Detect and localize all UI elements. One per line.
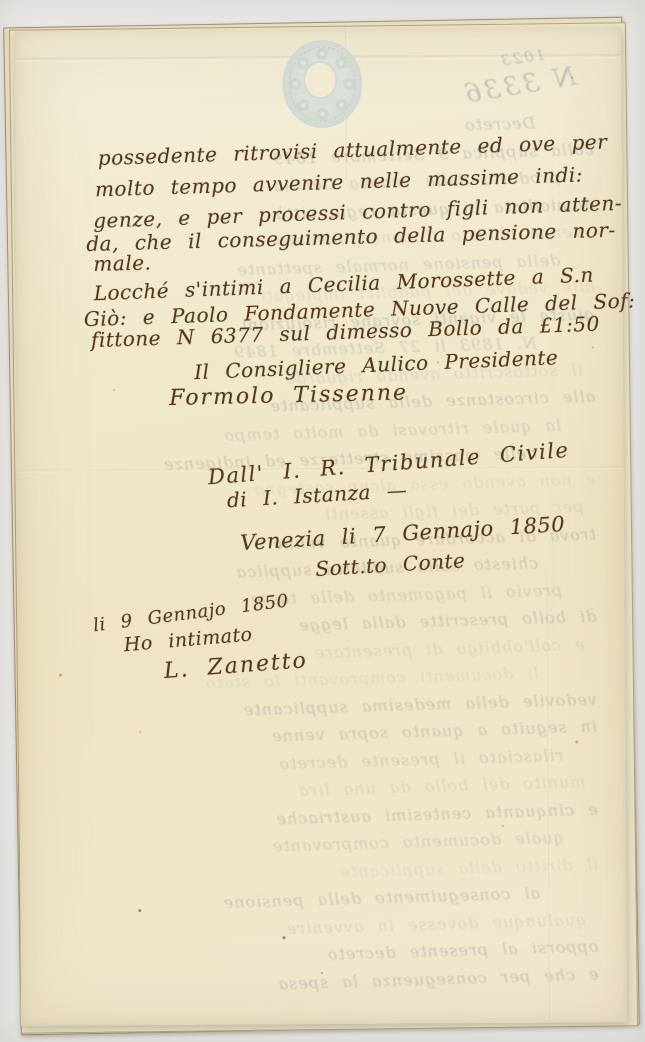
- embossed-seal-icon: [280, 38, 365, 131]
- scanner-background: 1023 N 3336 Decreto colla supplica 9 Set…: [0, 0, 645, 1042]
- scanned-manuscript-page: { "colors": { "scanner_background": "#e9…: [0, 0, 645, 1042]
- paper-sheet: 1023 N 3336 Decreto colla supplica 9 Set…: [15, 28, 627, 1026]
- bleedthrough-reference-number: N 3336: [460, 62, 579, 110]
- manuscript-line: male.: [93, 251, 152, 276]
